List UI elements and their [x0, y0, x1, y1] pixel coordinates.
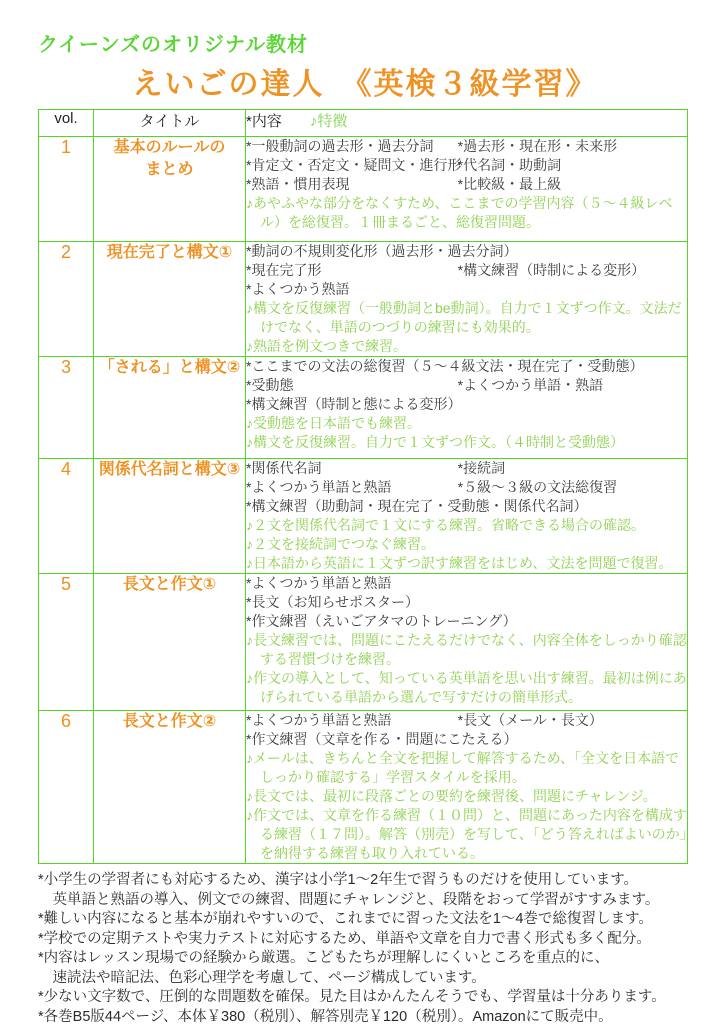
row-title: 「される」と構文② [94, 357, 246, 459]
content-item-right: *長文（メール・長文） [458, 711, 603, 730]
content-item: *よくつかう単語と熟語*長文（メール・長文） [246, 711, 687, 730]
feature-item: ♪日本語から英語に１文ずつ訳す練習をはじめ、文法を問題で復習。 [246, 554, 687, 573]
content-item-left: *一般動詞の過去形・過去分詞 [246, 138, 433, 154]
table-row: 5長文と作文①*よくつかう単語と熟語*長文（お知らせポスター）*作文練習（えいご… [39, 574, 688, 711]
feature-item: ♪受動態を日本語でも練習。 [246, 414, 687, 433]
volume-number: 3 [39, 357, 94, 459]
content-item-left: *構文練習（助動詞・現在完了・受動態・関係代名詞） [246, 498, 587, 514]
content-item: *長文（お知らせポスター） [246, 593, 687, 612]
content-item-left: *熟語・慣用表現 [246, 176, 349, 192]
header-title: タイトル [94, 110, 246, 137]
content-item-left: *長文（お知らせポスター） [246, 594, 419, 610]
row-title: 長文と作文① [94, 574, 246, 711]
row-title: 基本のルールのまとめ [94, 137, 246, 242]
volume-number: 1 [39, 137, 94, 242]
volume-number: 6 [39, 711, 94, 864]
feature-item: ♪あやふやな部分をなくすため、ここまでの学習内容（５～４級レベル）を総復習。１冊… [246, 194, 687, 232]
row-title-line: 長文と作文① [94, 574, 245, 596]
row-title-line: 長文と作文② [94, 711, 245, 733]
content-item-left: *作文練習（文章を作る・問題にこたえる） [246, 731, 517, 747]
feature-item: ♪長文練習では、問題にこたえるだけでなく、内容全体をしっかり確認する習慣づけを練… [246, 631, 687, 669]
row-title-line: まとめ [94, 159, 245, 181]
header-content-label: *内容 [246, 113, 282, 130]
footnote-line: *各巻B5版44ページ、本体￥380（税別）、解答別売￥120（税別）。Amaz… [38, 1008, 698, 1024]
content-item: *関係代名詞*接続詞 [246, 459, 687, 478]
footnotes-section: *小学生の学習者にも対応するため、漢字は小学1～2年生で習うものだけを使用してい… [38, 871, 698, 1024]
feature-item: ♪長文では、最初に段落ごとの要約を練習後、問題にチャレンジ。 [246, 787, 687, 806]
content-item-left: *受動態 [246, 377, 293, 393]
header-content: *内容♪特徴 [246, 110, 688, 137]
feature-item: ♪メールは、きちんと全文を把握して解答するため、「全文を日本語でしっかり確認する… [246, 749, 687, 787]
table-row: 4関係代名詞と構文③*関係代名詞*接続詞*よくつかう単語と熟語*５級～３級の文法… [39, 459, 688, 574]
content-item: *作文練習（えいごアタマのトレーニング） [246, 612, 687, 631]
publisher-tagline: クイーンズのオリジナル教材 [38, 28, 692, 57]
footnote-line: 英単語と熟語の導入、例文での練習、問題にチャレンジと、段階をおって学習がすすみま… [38, 891, 698, 911]
content-item: *よくつかう単語と熟語*５級～３級の文法総復習 [246, 478, 687, 497]
content-item-left: *ここまでの文法の総復習（５～４級文法・現在完了・受動態） [246, 358, 643, 374]
table-row: 1基本のルールのまとめ*一般動詞の過去形・過去分詞*過去形・現在形・未来形*肯定… [39, 137, 688, 242]
content-item: *肯定文・否定文・疑問文・進行形*代名詞・助動詞 [246, 156, 687, 175]
feature-item: ♪熟語を例文つきで練習。 [246, 337, 687, 356]
content-item-left: *肯定文・否定文・疑問文・進行形 [246, 157, 461, 173]
content-item-left: *よくつかう熟語 [246, 281, 349, 297]
content-item: *一般動詞の過去形・過去分詞*過去形・現在形・未来形 [246, 137, 687, 156]
row-title-line: 現在完了と構文① [94, 242, 245, 264]
volume-number: 2 [39, 242, 94, 357]
table-row: 6長文と作文②*よくつかう単語と熟語*長文（メール・長文）*作文練習（文章を作る… [39, 711, 688, 864]
table-row: 3「される」と構文②*ここまでの文法の総復習（５～４級文法・現在完了・受動態）*… [39, 357, 688, 459]
table-row: 2現在完了と構文①*動詞の不規則変化形（過去形・過去分詞）*現在完了形*構文練習… [39, 242, 688, 357]
content-item: *構文練習（助動詞・現在完了・受動態・関係代名詞） [246, 497, 687, 516]
content-item-right: *過去形・現在形・未来形 [458, 137, 617, 156]
feature-item: ♪作文では、文章を作る練習（１０問）と、問題にあった内容を構成する練習（１７問）… [246, 806, 687, 863]
content-item: *受動態*よくつかう単語・熟語 [246, 376, 687, 395]
footnote-line: 速読法や暗記法、色彩心理学を考慮して、ページ構成しています。 [38, 969, 698, 989]
row-title-line: 関係代名詞と構文③ [94, 459, 245, 481]
footnote-line: *学校での定期テストや実力テストに対応するため、単語や文章を自力で書く形式も多く… [38, 930, 698, 950]
row-content: *関係代名詞*接続詞*よくつかう単語と熟語*５級～３級の文法総復習*構文練習（助… [246, 459, 688, 574]
feature-item: ♪２文を関係代名詞で１文にする練習。省略できる場合の確認。 [246, 516, 687, 535]
content-item: *熟語・慣用表現*比較級・最上級 [246, 175, 687, 194]
content-item-left: *関係代名詞 [246, 460, 321, 476]
content-item-left: *現在完了形 [246, 262, 321, 278]
feature-item: ♪構文を反復練習。自力で１文ずつ作文。（４時制と受動態） [246, 433, 687, 452]
row-content: *よくつかう単語と熟語*長文（メール・長文）*作文練習（文章を作る・問題にこたえ… [246, 711, 688, 864]
row-content: *よくつかう単語と熟語*長文（お知らせポスター）*作文練習（えいごアタマのトレー… [246, 574, 688, 711]
row-content: *一般動詞の過去形・過去分詞*過去形・現在形・未来形*肯定文・否定文・疑問文・進… [246, 137, 688, 242]
content-item: *ここまでの文法の総復習（５～４級文法・現在完了・受動態） [246, 357, 687, 376]
footnote-line: *小学生の学習者にも対応するため、漢字は小学1～2年生で習うものだけを使用してい… [38, 871, 698, 891]
content-item-left: *よくつかう単語と熟語 [246, 479, 391, 495]
volume-number: 4 [39, 459, 94, 574]
content-item: *動詞の不規則変化形（過去形・過去分詞） [246, 242, 687, 261]
content-item: *構文練習（時制と態による変形） [246, 395, 687, 414]
content-item-left: *よくつかう単語と熟語 [246, 575, 391, 591]
content-item-right: *接続詞 [458, 459, 505, 478]
feature-item: ♪２文を接続詞でつなぐ練習。 [246, 535, 687, 554]
content-item: *作文練習（文章を作る・問題にこたえる） [246, 730, 687, 749]
row-title: 関係代名詞と構文③ [94, 459, 246, 574]
footnote-line: *難しい内容になると基本が崩れやすいので、これまでに習った文法を1～4巻で総復習… [38, 910, 698, 930]
row-content: *ここまでの文法の総復習（５～４級文法・現在完了・受動態）*受動態*よくつかう単… [246, 357, 688, 459]
content-item-right: *比較級・最上級 [458, 175, 561, 194]
footnote-line: *少ない文字数で、圧倒的な問題数を確保。見た目はかんたんそうでも、学習量は十分あ… [38, 988, 698, 1008]
content-item-left: *よくつかう単語と熟語 [246, 712, 391, 728]
volume-number: 5 [39, 574, 94, 711]
row-title: 長文と作文② [94, 711, 246, 864]
content-item-left: *構文練習（時制と態による変形） [246, 396, 461, 412]
header-vol: vol. [39, 110, 94, 137]
row-title-line: 「される」と構文② [94, 357, 245, 379]
page-title: えいごの達人 《英検３級学習》 [78, 59, 652, 103]
document-page: クイーンズのオリジナル教材 えいごの達人 《英検３級学習》 vol. タイトル … [0, 0, 724, 1024]
footnote-line: *内容はレッスン現場での経験から厳選。こどもたちが理解しにくいところを重点的に、 [38, 949, 698, 969]
content-item-right: *代名詞・助動詞 [458, 156, 561, 175]
content-item-right: *構文練習（時制による変形） [458, 261, 645, 280]
feature-item: ♪作文の導入として、知っている英単語を思い出す練習。最初は例にあげられている単語… [246, 669, 687, 707]
row-title-line: 基本のルールの [94, 137, 245, 159]
table-header-row: vol. タイトル *内容♪特徴 [39, 110, 688, 137]
content-item-right: *よくつかう単語・熟語 [458, 376, 603, 395]
row-title: 現在完了と構文① [94, 242, 246, 357]
feature-item: ♪構文を反復練習（一般動詞とbe動詞）。自力で１文ずつ作文。文法だけでなく、単語… [246, 299, 687, 337]
content-item: *よくつかう単語と熟語 [246, 574, 687, 593]
header-features-label: ♪特徴 [310, 113, 348, 130]
content-item-left: *動詞の不規則変化形（過去形・過去分詞） [246, 243, 517, 259]
content-item-left: *作文練習（えいごアタマのトレーニング） [246, 613, 517, 629]
row-content: *動詞の不規則変化形（過去形・過去分詞）*現在完了形*構文練習（時制による変形）… [246, 242, 688, 357]
content-item-right: *５級～３級の文法総復習 [458, 478, 617, 497]
curriculum-table: vol. タイトル *内容♪特徴 1基本のルールのまとめ*一般動詞の過去形・過去… [38, 109, 688, 864]
content-item: *現在完了形*構文練習（時制による変形） [246, 261, 687, 280]
content-item: *よくつかう熟語 [246, 280, 687, 299]
